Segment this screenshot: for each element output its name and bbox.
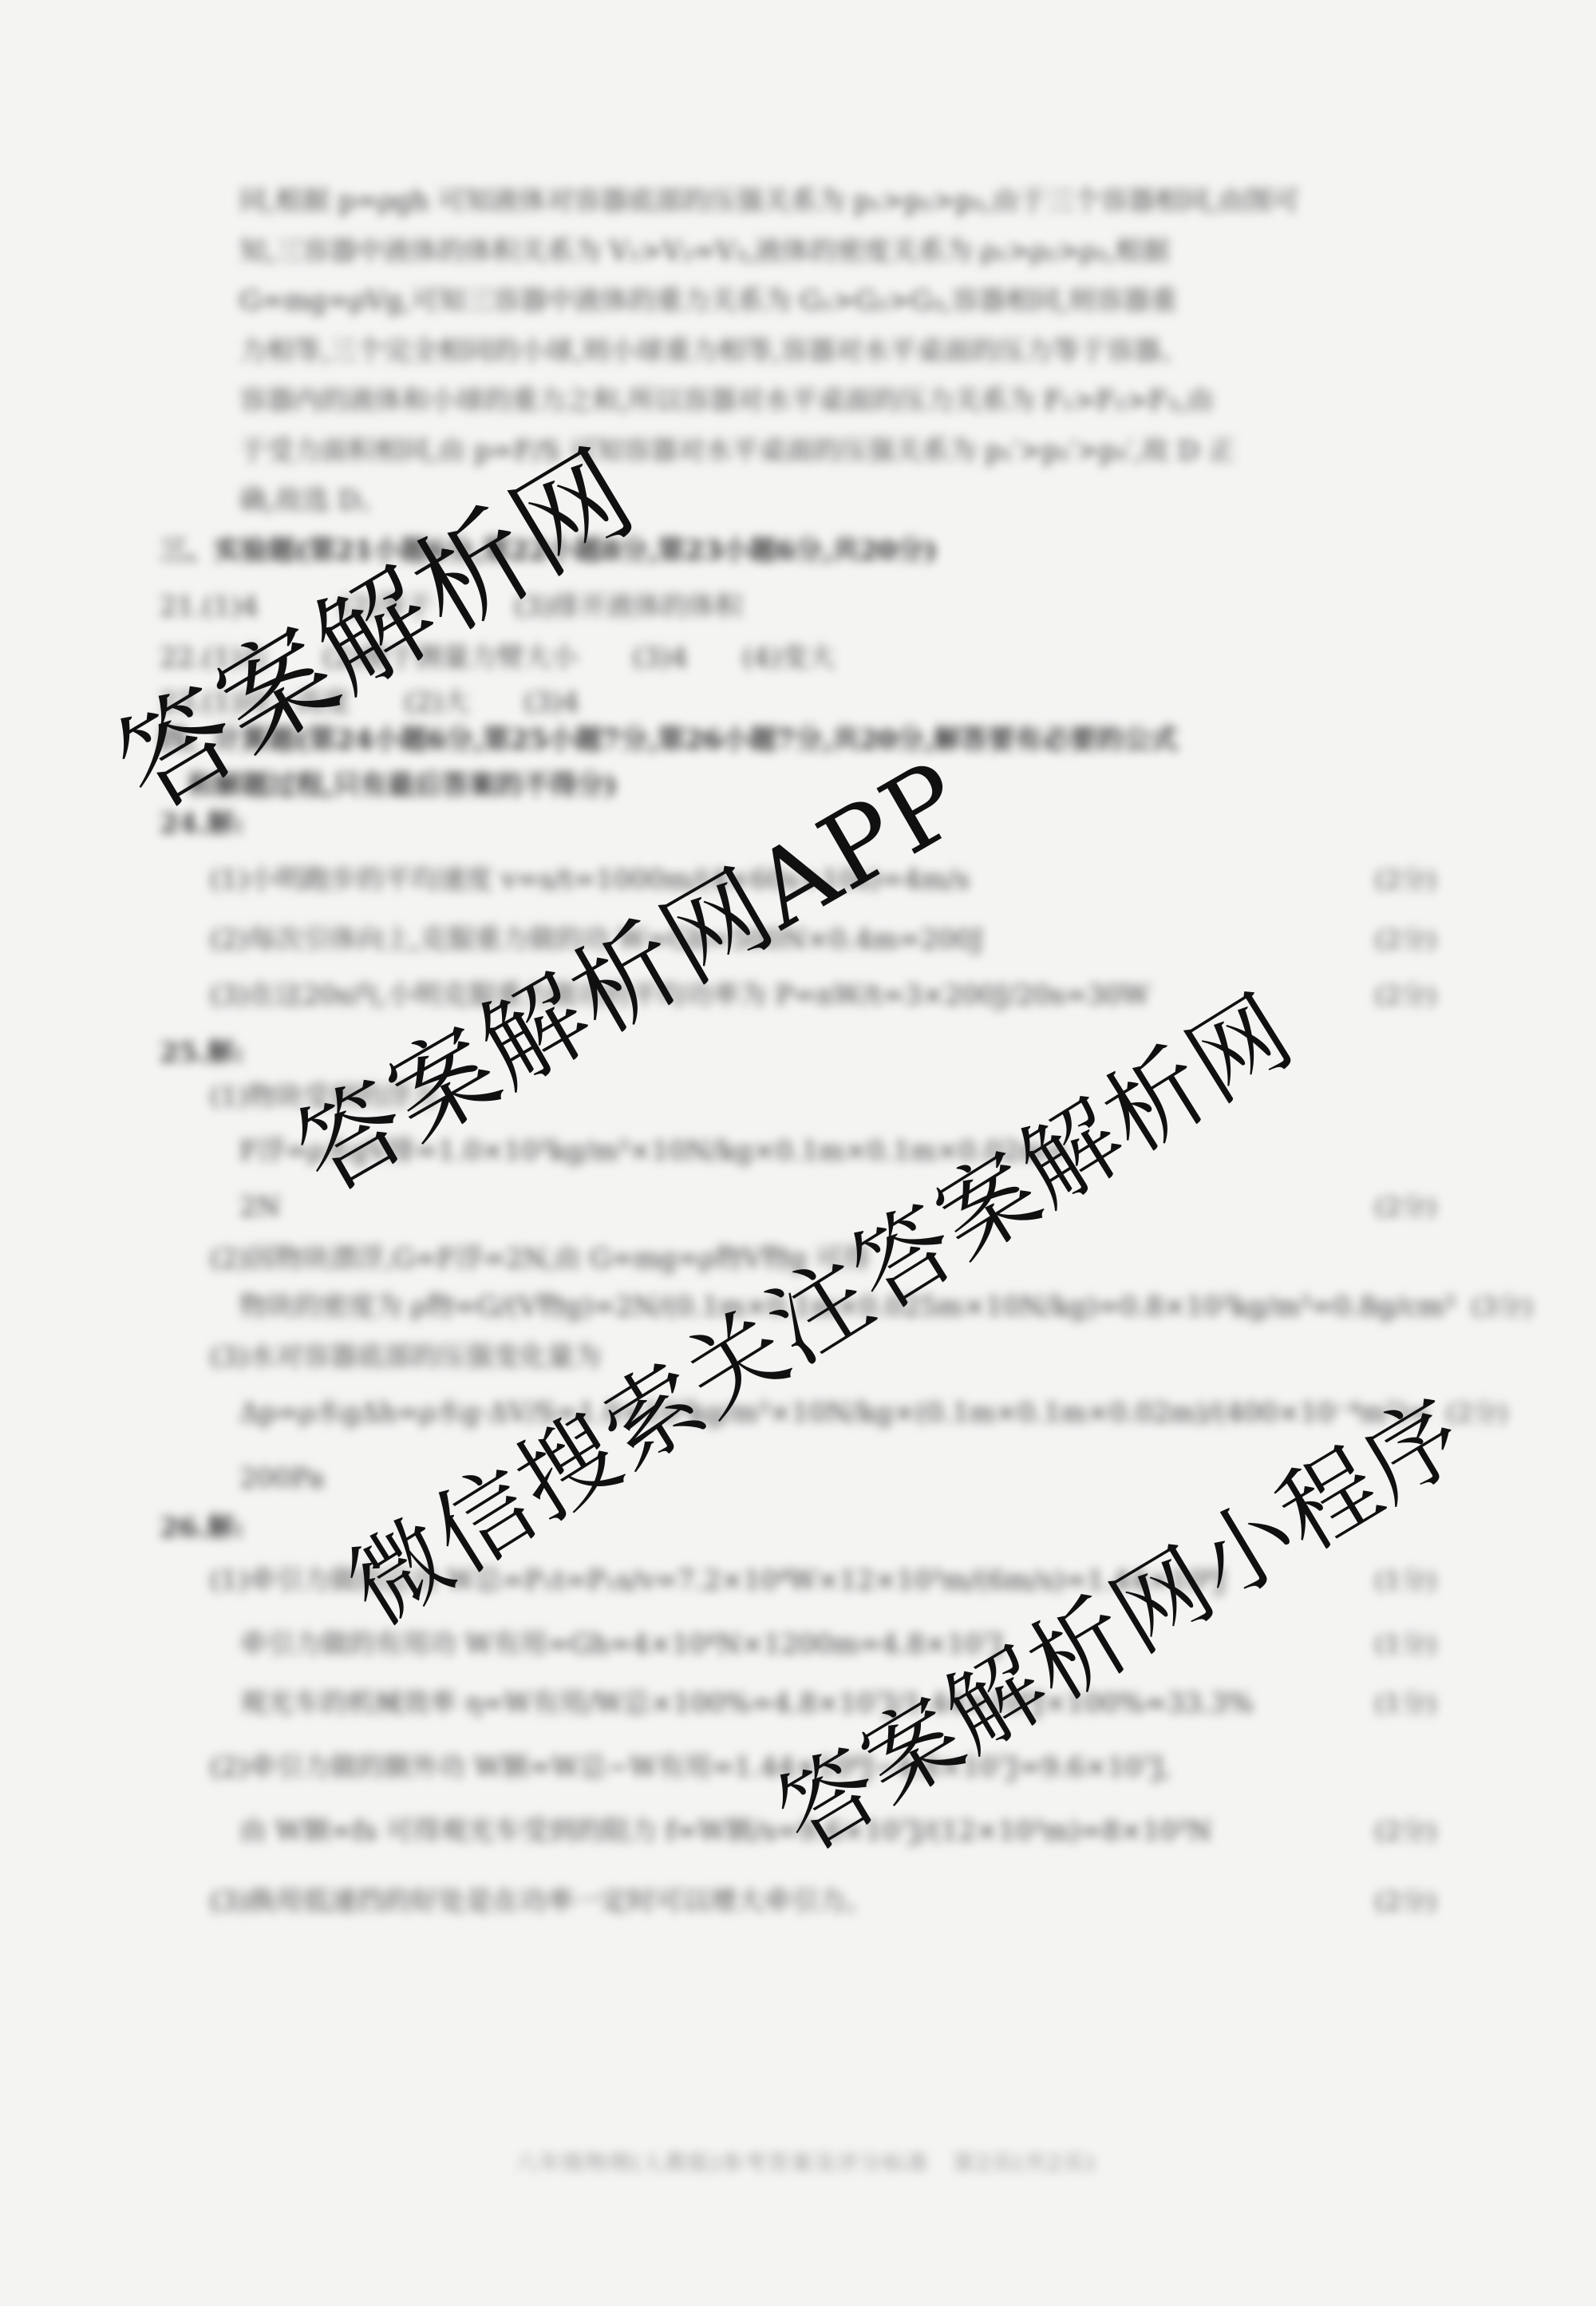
solution-line: 200Pa (239, 1461, 325, 1496)
question-label-25: 25.解: (160, 1035, 244, 1070)
page-footer: 八年级物理(人教版)参考答案及评分标准 第2页(共2页) (407, 2146, 1205, 2177)
score-badge: (2分) (1375, 1189, 1436, 1224)
score-badge: (2分) (1375, 1814, 1436, 1849)
solution-text: (3)换用低速挡的好处是在功率一定时可以增大牵引力。 (210, 1884, 872, 1919)
score-badge: (2分) (1375, 862, 1436, 897)
solution-text: 2N (239, 1189, 280, 1224)
score-badge: (2分) (1375, 1884, 1436, 1919)
solution-line: (3)换用低速挡的好处是在功率一定时可以增大牵引力。 (2分) (210, 1884, 1436, 1919)
score-badge: (1分) (1375, 1563, 1436, 1598)
intro-paragraph-line: 容器内的液体和小球的重力之和,所以容器对水平桌面的压力关系为 F₁>F₂>F₃,… (239, 383, 1448, 418)
intro-paragraph-line: 同,根据 p=ρgh 可知液体对容器底部的压强关系为 p₁>p₂>p₃,由于三个… (239, 184, 1448, 219)
solution-line: 观光车的机械效率 η=W有用/W总×100%=4.8×10⁷J/1.44×10⁸… (239, 1686, 1436, 1721)
solution-line: (3)水对容器底部的压强变化量为 (210, 1339, 601, 1375)
score-badge: (2分) (1375, 978, 1436, 1013)
scanned-answer-sheet-page: 同,根据 p=ρgh 可知液体对容器底部的压强关系为 p₁>p₂>p₃,由于三个… (0, 0, 1596, 2306)
intro-paragraph-line: 确,故选 D。 (239, 483, 387, 518)
solution-line: Δp=ρ水gΔh=ρ水g·ΔV/S=1.0×10³kg/m³×10N/kg×(0… (239, 1395, 1436, 1430)
score-badge: (1分) (1375, 1686, 1436, 1721)
document-body: 同,根据 p=ρgh 可知液体对容器底部的压强关系为 p₁>p₂>p₃,由于三个… (0, 0, 1596, 2306)
solution-line: (2)因物块漂浮,G=F浮=2N,由 G=mg=ρ物V物g 可得 (210, 1241, 870, 1276)
solution-text: 牵引力做的有用功 W有用=Gh=4×10⁴N×1200m=4.8×10⁷J (239, 1627, 1003, 1662)
question-label-26: 26.解: (160, 1510, 244, 1545)
intro-paragraph-line: 于受力面积相同,由 p=F/S 可知容器对水平桌面的压强关系为 p₁′>p₂′>… (239, 433, 1448, 469)
score-badge: (2分) (1375, 922, 1436, 957)
intro-paragraph-line: 力相等,三个完全相同的小球,则小球重力相等,容器对水平桌面的压力等于容器、 (239, 334, 1448, 369)
intro-paragraph-line: 知,三容器中液体的体积关系为 V₁>V₂=V₃,液体的密度关系为 ρ₁>ρ₂>ρ… (239, 234, 1448, 269)
score-badge: (1分) (1375, 1627, 1436, 1662)
intro-paragraph-line: G=mg=ρVg,可知三容器中液体的重力关系为 G₁>G₂>G₃,容器相同,则容… (239, 283, 1448, 318)
solution-line: 牵引力做的有用功 W有用=Gh=4×10⁴N×1200m=4.8×10⁷J (1… (239, 1627, 1436, 1662)
score-badge: (3分) (1471, 1289, 1532, 1324)
solution-text: Δp=ρ水gΔh=ρ水g·ΔV/S=1.0×10³kg/m³×10N/kg×(0… (239, 1395, 1430, 1430)
solution-line: 2N (2分) (239, 1189, 1436, 1224)
solution-text: 由 W额=fs 可得观光车受到的阻力 f=W额/s=9.6×10⁷J/(12×1… (239, 1814, 1212, 1849)
solution-line: (2)牵引力做的额外功 W额=W总−W有用=1.44×10⁸J−4.8×10⁷J… (210, 1750, 1171, 1785)
